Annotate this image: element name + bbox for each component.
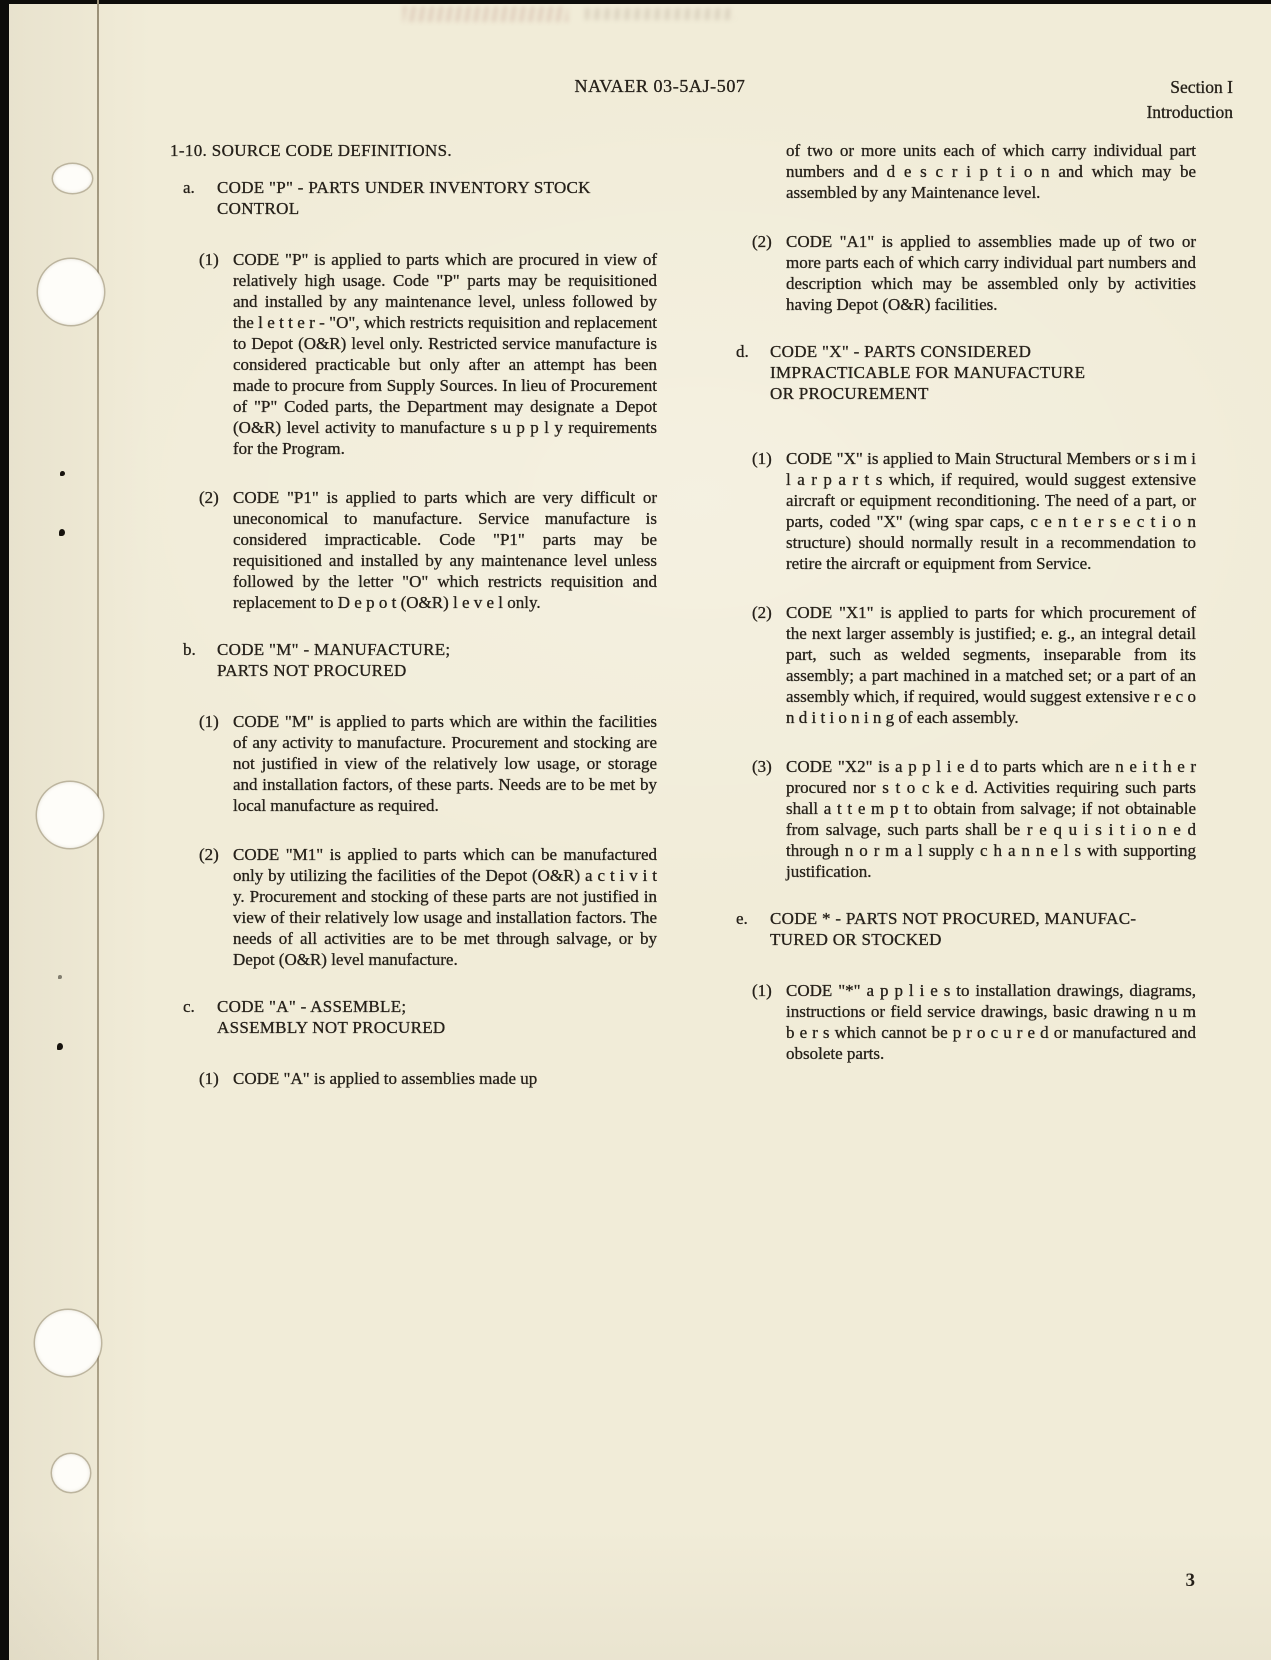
paragraph-text: CODE "X" is applied to Main Structural M…: [786, 448, 1196, 574]
section-heading-text: CODE "A" - ASSEMBLE;ASSEMBLY NOT PROCURE…: [217, 996, 445, 1038]
document-body: 1-10. SOURCE CODE DEFINITIONS.a.CODE "P"…: [160, 140, 1196, 1089]
section-label: c.: [183, 996, 217, 1038]
section-heading: d.CODE "X" - PARTS CONSIDEREDIMPRACTICAB…: [713, 341, 1196, 404]
paragraph-text: CODE "*" a p p l i e s to installation d…: [786, 980, 1196, 1064]
left-column: 1-10. SOURCE CODE DEFINITIONS.a.CODE "P"…: [160, 140, 657, 1089]
paragraph-text: CODE "X1" is applied to parts for which …: [786, 602, 1196, 728]
continued-paragraph: of two or more units each of which carry…: [713, 140, 1196, 203]
punch-hole: [37, 782, 103, 848]
paragraph-number: (3): [752, 756, 786, 882]
section-heading-text: CODE * - PARTS NOT PROCURED, MANUFAC-TUR…: [770, 908, 1136, 950]
numbered-paragraph: (1)CODE "P" is applied to parts which ar…: [160, 249, 657, 459]
numbered-paragraph: (1)CODE "M" is applied to parts which ar…: [160, 711, 657, 816]
header-section-subtitle: Introduction: [1146, 100, 1233, 125]
paragraph-number: (1): [199, 711, 233, 816]
numbered-paragraph: (2)CODE "M1" is applied to parts which c…: [160, 844, 657, 970]
section-heading-text: CODE "X" - PARTS CONSIDEREDIMPRACTICABLE…: [770, 341, 1085, 404]
scan-edge-left: [0, 0, 9, 1660]
paragraph-number: (2): [199, 487, 233, 613]
paragraph-text: CODE "M1" is applied to parts which can …: [233, 844, 657, 970]
paragraph-text: CODE "M" is applied to parts which are w…: [233, 711, 657, 816]
paragraph-text: CODE "P1" is applied to parts which are …: [233, 487, 657, 613]
ink-speck: [59, 529, 65, 536]
bleed-through-stamp: [585, 8, 735, 20]
section-heading: b.CODE "M" - MANUFACTURE;PARTS NOT PROCU…: [160, 639, 657, 681]
paragraph-text: CODE "A" is applied to assemblies made u…: [233, 1068, 657, 1089]
paragraph-number: (1): [199, 1068, 233, 1089]
header-section-block: Section I Introduction: [1146, 75, 1233, 125]
punch-hole: [35, 1310, 101, 1376]
numbered-paragraph: (1)CODE "*" a p p l i e s to installatio…: [713, 980, 1196, 1064]
paragraph-number: (1): [752, 980, 786, 1064]
ink-speck: [58, 975, 62, 979]
punch-hole: [53, 164, 92, 193]
paragraph-number: (1): [199, 249, 233, 459]
page-number: 3: [1186, 1570, 1196, 1592]
paragraph-text: CODE "P" is applied to parts which are p…: [233, 249, 657, 459]
section-heading-text: CODE "P" - PARTS UNDER INVENTORY STOCKCO…: [217, 177, 591, 219]
punch-hole: [52, 1454, 90, 1492]
paragraph-text: CODE "X2" is a p p l i e d to parts whic…: [786, 756, 1196, 882]
paragraph-number: (2): [199, 844, 233, 970]
section-heading-text: CODE "M" - MANUFACTURE;PARTS NOT PROCURE…: [217, 639, 450, 681]
scan-edge-top: [0, 0, 1271, 4]
header-document-number: NAVAER 03-5AJ-507: [574, 76, 745, 97]
numbered-paragraph: (2)CODE "X1" is applied to parts for whi…: [713, 602, 1196, 728]
paragraph-number: (1): [752, 448, 786, 574]
paragraph-text: CODE "A1" is applied to assemblies made …: [786, 231, 1196, 315]
numbered-paragraph: (3)CODE "X2" is a p p l i e d to parts w…: [713, 756, 1196, 882]
numbered-paragraph: (1)CODE "A" is applied to assemblies mad…: [160, 1068, 657, 1089]
numbered-paragraph: (1)CODE "X" is applied to Main Structura…: [713, 448, 1196, 574]
section-heading: c.CODE "A" - ASSEMBLE;ASSEMBLY NOT PROCU…: [160, 996, 657, 1038]
right-column: of two or more units each of which carry…: [713, 140, 1196, 1089]
section-heading: e.CODE * - PARTS NOT PROCURED, MANUFAC-T…: [713, 908, 1196, 950]
scanned-manual-page: NAVAER 03-5AJ-507 Section I Introduction…: [0, 0, 1271, 1660]
paragraph-number: (2): [752, 231, 786, 315]
section-label: d.: [736, 341, 770, 404]
punch-hole: [38, 259, 104, 325]
header-section-title: Section I: [1146, 75, 1233, 100]
ink-speck: [57, 1043, 63, 1050]
paragraph-number: (2): [752, 602, 786, 728]
section-label: e.: [736, 908, 770, 950]
section-label: b.: [183, 639, 217, 681]
numbered-paragraph: (2)CODE "P1" is applied to parts which a…: [160, 487, 657, 613]
numbered-paragraph: (2)CODE "A1" is applied to assemblies ma…: [713, 231, 1196, 315]
ink-speck: [60, 471, 65, 476]
paragraph-title: 1-10. SOURCE CODE DEFINITIONS.: [160, 140, 657, 161]
section-label: a.: [183, 177, 217, 219]
bleed-through-stamp: [403, 6, 568, 22]
section-heading: a.CODE "P" - PARTS UNDER INVENTORY STOCK…: [160, 177, 657, 219]
